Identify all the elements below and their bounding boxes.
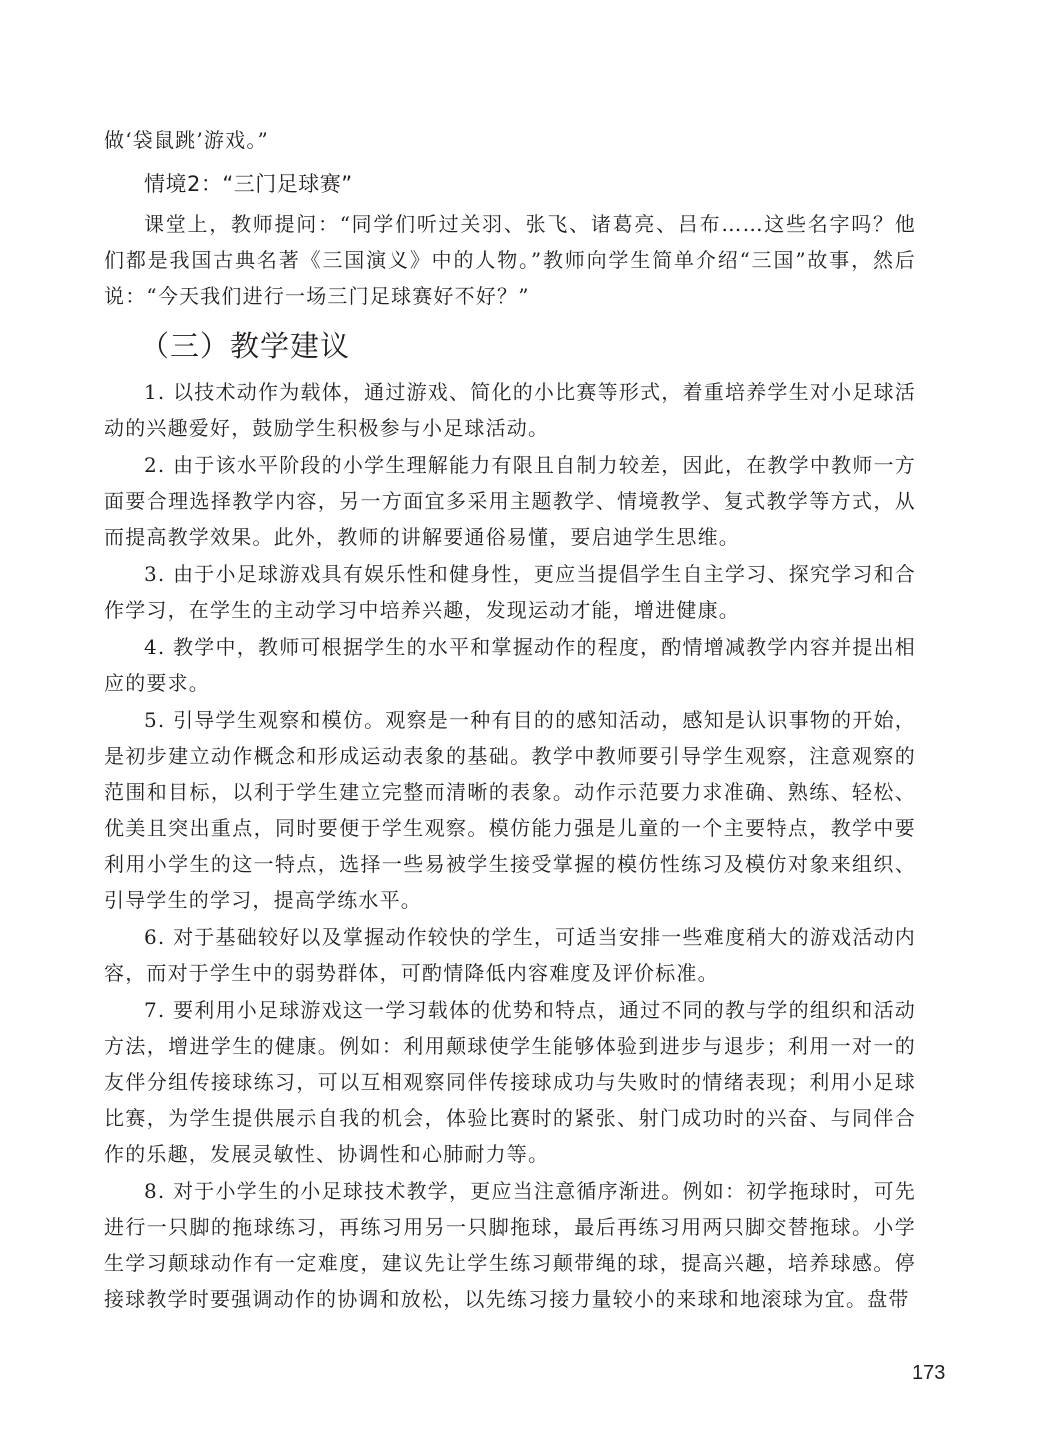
- continuation-text: 做‘袋鼠跳’游戏。”: [104, 122, 916, 158]
- scenario-2-body: 课堂上，教师提问：“同学们听过关羽、张飞、诸葛亮、吕布……这些名字吗？他们都是我…: [104, 206, 916, 314]
- page-number: 173: [912, 1362, 945, 1385]
- suggestion-item-5: 5. 引导学生观察和模仿。观察是一种有目的的感知活动，感知是认识事物的开始，是初…: [104, 702, 916, 918]
- suggestion-item-6: 6. 对于基础较好以及掌握动作较快的学生，可适当安排一些难度稍大的游戏活动内容，…: [104, 919, 916, 991]
- suggestion-item-7: 7. 要利用小足球游戏这一学习载体的优势和特点，通过不同的教与学的组织和活动方法…: [104, 992, 916, 1172]
- suggestion-item-1: 1. 以技术动作为载体，通过游戏、简化的小比赛等形式，着重培养学生对小足球活动的…: [104, 374, 916, 446]
- suggestion-item-3: 3. 由于小足球游戏具有娱乐性和健身性，更应当提倡学生自主学习、探究学习和合作学…: [104, 556, 916, 628]
- scenario-2-heading: 情境2：“三门足球赛”: [104, 166, 916, 202]
- suggestion-item-2: 2. 由于该水平阶段的小学生理解能力有限且自制力较差，因此，在教学中教师一方面要…: [104, 447, 916, 555]
- section-heading-teaching-suggestions: （三）教学建议: [104, 326, 916, 366]
- suggestion-item-8: 8. 对于小学生的小足球技术教学，更应当注意循序渐进。例如：初学拖球时，可先进行…: [104, 1173, 916, 1317]
- page-content: 做‘袋鼠跳’游戏。” 情境2：“三门足球赛” 课堂上，教师提问：“同学们听过关羽…: [104, 122, 916, 1318]
- suggestion-item-4: 4. 教学中，教师可根据学生的水平和掌握动作的程度，酌情增减教学内容并提出相应的…: [104, 629, 916, 701]
